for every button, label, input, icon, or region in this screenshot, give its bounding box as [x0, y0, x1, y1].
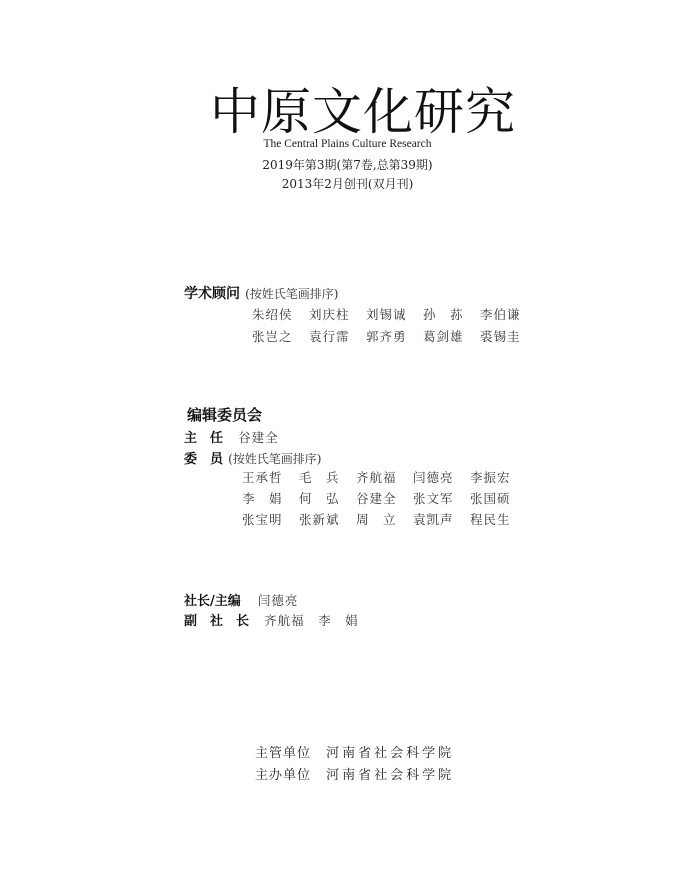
advisor-name: 刘锡诚	[366, 305, 423, 323]
advisors-note: (按姓氏笔画排序)	[245, 287, 338, 301]
members-row-2: 李 娟 何 弘 谷建全 张文军 张国硕	[242, 489, 527, 507]
member-name: 王承哲	[242, 468, 299, 486]
issue-line: 2019年第3期(第7卷,总第39期)	[0, 156, 695, 173]
member-name: 张国硕	[470, 489, 527, 507]
president-name: 闫德亮	[258, 593, 299, 608]
members-row-3: 张宝明 张新斌 周 立 袁凯声 程民生	[242, 510, 527, 528]
vice-president-label: 副 社 长	[184, 614, 249, 629]
director-line: 主 任 谷建全	[184, 427, 279, 446]
advisors-row-2: 张岂之 袁行霈 郭齐勇 葛剑雄 裘锡圭	[252, 327, 537, 345]
advisor-name: 袁行霈	[309, 327, 366, 345]
advisor-name: 张岂之	[252, 327, 309, 345]
advisor-name: 郭齐勇	[366, 327, 423, 345]
president-line: 社长/主编 闫德亮	[184, 590, 298, 609]
supervisor-label: 主管单位	[255, 746, 311, 761]
advisor-name: 朱绍侯	[252, 305, 309, 323]
members-note: (按姓氏笔画排序)	[228, 452, 321, 466]
member-name: 袁凯声	[413, 510, 470, 528]
journal-english-title: The Central Plains Culture Research	[0, 138, 695, 150]
member-name: 张新斌	[299, 510, 356, 528]
vice-president-line: 副 社 长 齐航福 李 娟	[184, 610, 359, 629]
advisor-name: 李伯谦	[480, 305, 537, 323]
vice-president-names: 齐航福 李 娟	[264, 613, 359, 628]
founded-line: 2013年2月创刊(双月刊)	[0, 175, 695, 192]
members-line: 委 员 (按姓氏笔画排序)	[184, 448, 321, 467]
member-name: 周 立	[356, 510, 413, 528]
member-name: 李 娟	[242, 489, 299, 507]
advisors-heading-block: 学术顾问 (按姓氏笔画排序)	[184, 283, 338, 303]
member-name: 张文军	[413, 489, 470, 507]
supervisor-line: 主管单位 河南省社会科学院	[255, 742, 454, 761]
director-name: 谷建全	[238, 430, 279, 445]
member-name: 程民生	[470, 510, 527, 528]
members-label: 委 员	[184, 452, 223, 467]
supervisor-name: 河南省社会科学院	[326, 746, 454, 761]
journal-title: 中原文化研究	[210, 72, 516, 144]
director-label: 主 任	[184, 431, 223, 446]
member-name: 何 弘	[299, 489, 356, 507]
sponsor-name: 河南省社会科学院	[326, 768, 454, 783]
member-name: 张宝明	[242, 510, 299, 528]
members-row-1: 王承哲 毛 兵 齐航福 闫德亮 李振宏	[242, 468, 527, 486]
advisor-name: 刘庆柱	[309, 305, 366, 323]
president-label: 社长/主编	[184, 594, 241, 609]
editorial-board-heading: 编辑委员会	[187, 404, 262, 425]
sponsor-label: 主办单位	[255, 768, 311, 783]
member-name: 齐航福	[356, 468, 413, 486]
advisor-name: 裘锡圭	[480, 327, 537, 345]
advisors-heading: 学术顾问	[184, 286, 240, 302]
member-name: 李振宏	[470, 468, 527, 486]
advisor-name: 孙 荪	[423, 305, 480, 323]
advisors-row-1: 朱绍侯 刘庆柱 刘锡诚 孙 荪 李伯谦	[252, 305, 537, 323]
member-name: 毛 兵	[299, 468, 356, 486]
member-name: 谷建全	[356, 489, 413, 507]
advisor-name: 葛剑雄	[423, 327, 480, 345]
member-name: 闫德亮	[413, 468, 470, 486]
sponsor-line: 主办单位 河南省社会科学院	[255, 764, 454, 783]
